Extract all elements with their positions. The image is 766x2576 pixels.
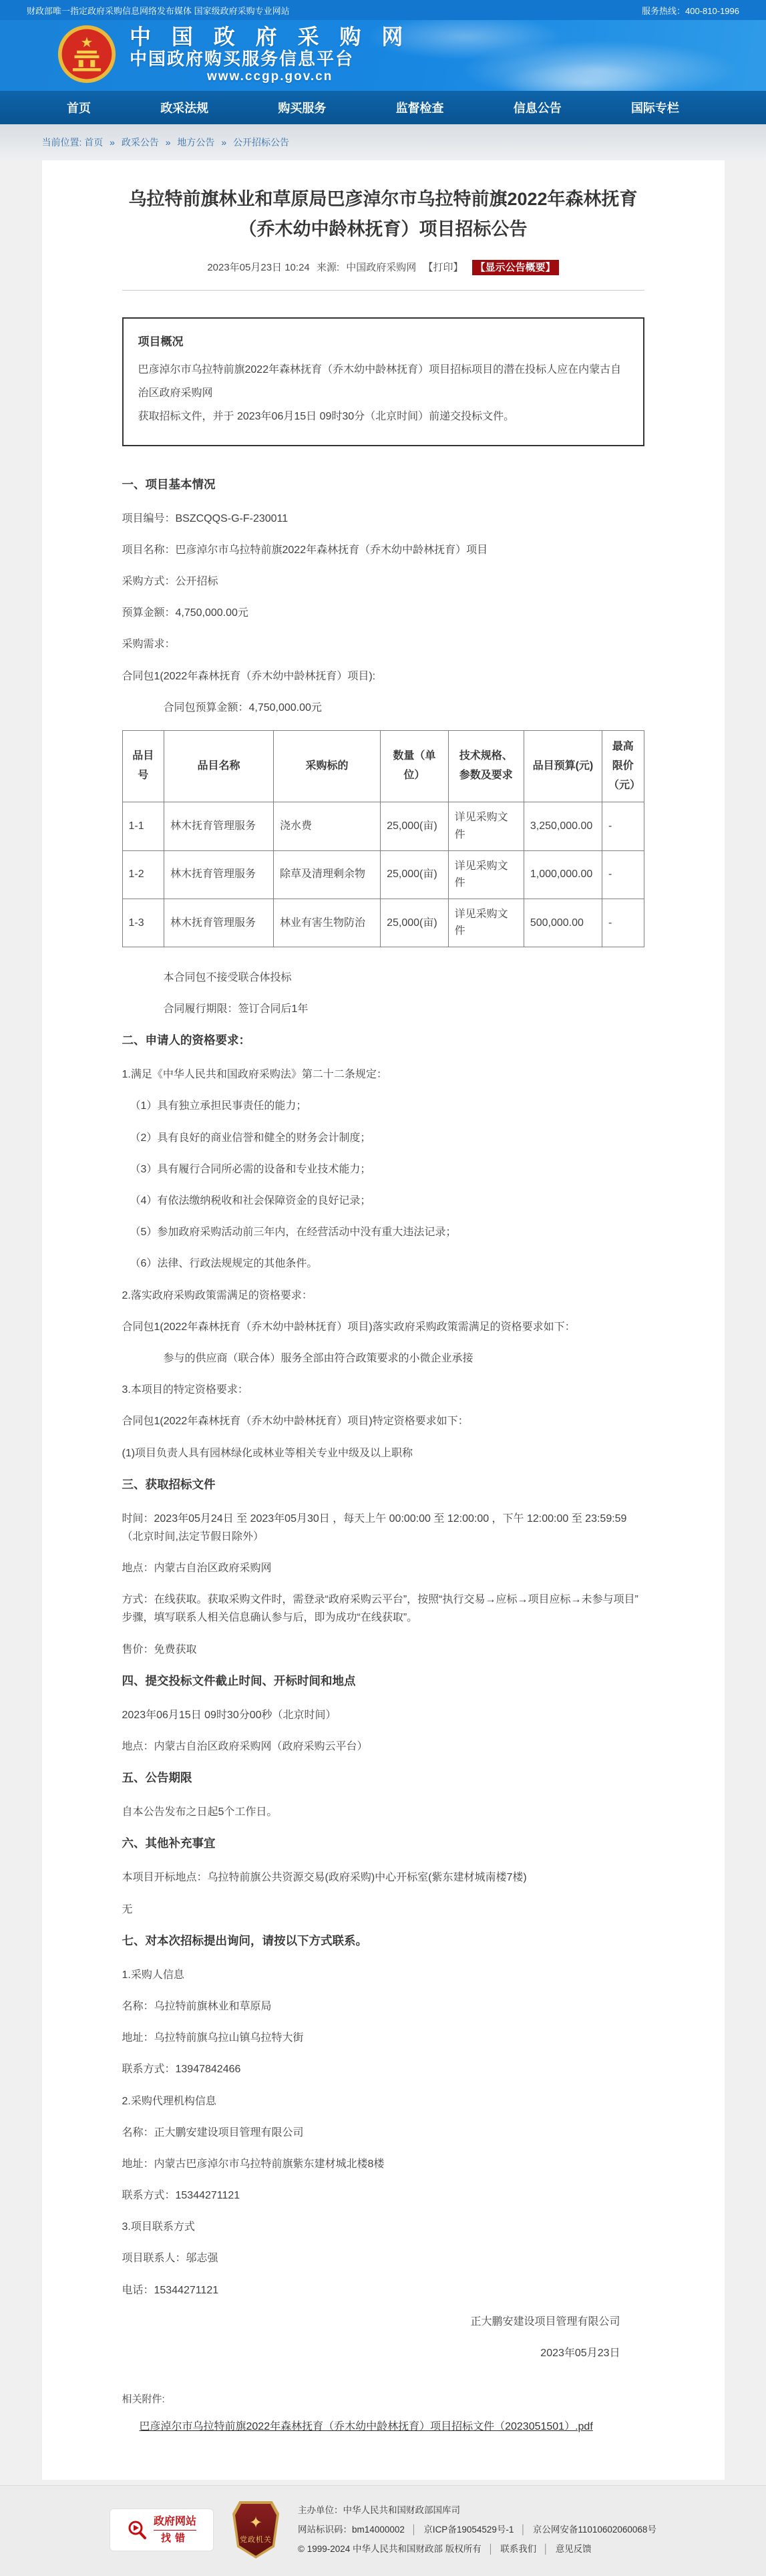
table-cell: 除草及清理剩余物 xyxy=(273,850,380,899)
section-heading: 六、其他补充事宜 xyxy=(122,1834,644,1851)
paragraph: （5）参加政府采购活动前三年内，在经营活动中没有重大违法记录； xyxy=(122,1223,644,1241)
paragraph: 地点：内蒙古自治区政府采购网 xyxy=(122,1559,644,1577)
table-row: 1-1林木抚育管理服务浇水费25,000(亩)详见采购文件3,250,000.0… xyxy=(122,802,644,850)
paragraph: 正大鹏安建设项目管理有限公司 xyxy=(122,2313,644,2331)
section-heading: 五、公告期限 xyxy=(122,1769,644,1786)
nav-item[interactable]: 首页 xyxy=(67,99,91,116)
breadcrumb-separator: » xyxy=(218,137,226,148)
footer-link[interactable]: 联系我们 xyxy=(500,2544,536,2554)
paragraph: 1.采购人信息 xyxy=(122,1966,644,1984)
announcement-card: 乌拉特前旗林业和草原局巴彦淖尔市乌拉特前旗2022年森林抚育（乔木幼中龄林抚育）… xyxy=(42,160,725,2480)
paragraph: 名称：正大鹏安建设项目管理有限公司 xyxy=(122,2124,644,2142)
section-heading: 七、对本次招标提出询问，请按以下方式联系。 xyxy=(122,1932,644,1949)
footer-line: © 1999-2024 中华人民共和国财政部 版权所有│联系我们│意见反馈 xyxy=(298,2539,656,2559)
table-cell: 林木抚育管理服务 xyxy=(164,850,273,899)
section-heading: 三、获取招标文件 xyxy=(122,1476,644,1492)
table-header-cell: 技术规格、参数及要求 xyxy=(448,730,524,802)
paragraph: （4）有依法缴纳税收和社会保障资金的良好记录； xyxy=(122,1192,644,1210)
nav-item[interactable]: 国际专栏 xyxy=(631,99,679,116)
footer-divider: │ xyxy=(488,2544,494,2554)
table-header-cell: 最高限价（元） xyxy=(602,730,644,802)
breadcrumb-items: 首页 » 政采公告 » 地方公告 » 公开招标公告 xyxy=(84,137,289,148)
paragraph: (1)项目负责人具有园林绿化或林业等相关专业中级及以上职称 xyxy=(122,1444,644,1462)
table-header-cell: 采购标的 xyxy=(273,730,380,802)
project-overview-box: 项目概况 巴彦淖尔市乌拉特前旗2022年森林抚育（乔木幼中龄林抚育）项目招标项目… xyxy=(122,317,644,446)
paragraph: 地址：乌拉特前旗乌拉山镇乌拉特大街 xyxy=(122,2029,644,2047)
footer-text: 网站标识码：bm14000002 xyxy=(298,2525,405,2535)
paragraph: 3.本项目的特定资格要求： xyxy=(122,1381,644,1399)
table-cell: 25,000(亩) xyxy=(381,899,449,947)
attachments-label: 相关附件: xyxy=(122,2392,644,2406)
table-cell: 详见采购文件 xyxy=(448,802,524,850)
paragraph: 合同包1(2022年森林抚育（乔木幼中龄林抚育）项目)特定资格要求如下： xyxy=(122,1412,644,1430)
publish-datetime: 2023年05月23日 10:24 xyxy=(207,262,309,273)
nav-item[interactable]: 购买服务 xyxy=(278,99,326,116)
table-cell: 3,250,000.00 xyxy=(524,802,602,850)
table-cell: 详见采购文件 xyxy=(448,899,524,947)
paragraph: 方式：在线获取。获取采购文件时，需登录“政府采购云平台”，按照“执行交易→应标→… xyxy=(122,1591,644,1627)
table-cell: 1-1 xyxy=(122,802,164,850)
breadcrumb: 当前位置: 首页 » 政采公告 » 地方公告 » 公开招标公告 xyxy=(42,136,725,149)
footer-text: 主办单位：中华人民共和国财政部国库司 xyxy=(298,2505,460,2515)
paragraph: 本项目开标地点：乌拉特前旗公共资源交易(政府采购)中心开标室(紫东建材城南楼7楼… xyxy=(122,1869,644,1887)
site-subtitle: 中国政府购买服务信息平台 xyxy=(130,49,410,69)
footer-text: 京公网安备11010602060068号 xyxy=(533,2525,656,2535)
table-cell: 详见采购文件 xyxy=(448,850,524,899)
footer-line: 主办单位：中华人民共和国财政部国库司 xyxy=(298,2501,656,2520)
paragraph: 2.采购代理机构信息 xyxy=(122,2092,644,2110)
breadcrumb-separator: » xyxy=(107,137,115,148)
source-label: 来源: xyxy=(317,262,339,273)
paragraph: 2023年06月15日 09时30分00秒（北京时间） xyxy=(122,1706,644,1724)
top-utility-bar: 财政部唯一指定政府采购信息网络发布媒体 国家级政府采购专业网站 服务热线：400… xyxy=(0,0,766,20)
paragraph: （6）法律、行政法规规定的其他条件。 xyxy=(122,1255,644,1273)
footer-divider: │ xyxy=(520,2525,526,2535)
table-cell: 25,000(亩) xyxy=(381,850,449,899)
service-hotline: 服务热线：400-810-1996 xyxy=(642,4,739,17)
table-cell: 林木抚育管理服务 xyxy=(164,802,273,850)
section-heading: 四、提交投标文件截止时间、开标时间和地点 xyxy=(122,1672,644,1689)
table-header-cell: 品目预算(元) xyxy=(524,730,602,802)
overview-line: 获取招标文件，并于 2023年06月15日 09时30分（北京时间）前递交投标文… xyxy=(138,405,628,428)
attachments-section: 相关附件: 巴彦淖尔市乌拉特前旗2022年森林抚育（乔木幼中龄林抚育）项目招标文… xyxy=(122,2392,644,2433)
paragraph: 地点：内蒙古自治区政府采购网（政府采购云平台） xyxy=(122,1738,644,1756)
paragraph: 3.项目联系方式 xyxy=(122,2218,644,2236)
breadcrumb-item[interactable]: 政采公告 xyxy=(119,137,159,148)
paragraph: 参与的供应商（联合体）服务全部由符合政策要求的小微企业承接 xyxy=(122,1349,644,1367)
table-cell: - xyxy=(602,802,644,850)
breadcrumb-separator: » xyxy=(163,137,171,148)
site-banner: ★ 中 国 政 府 采 购 网 中国政府购买服务信息平台 www.ccgp.go… xyxy=(0,20,766,91)
national-emblem-logo: ★ xyxy=(57,25,116,87)
paragraph: 项目名称：巴彦淖尔市乌拉特前旗2022年森林抚育（乔木幼中龄林抚育）项目 xyxy=(122,541,644,559)
footer-divider: │ xyxy=(411,2525,417,2535)
article-body: 一、项目基本情况项目编号：BSZCQQS-G-F-230011项目名称：巴彦淖尔… xyxy=(122,476,644,2363)
paragraph: 售价：免费获取 xyxy=(122,1641,644,1659)
breadcrumb-bar: 当前位置: 首页 » 政采公告 » 地方公告 » 公开招标公告 xyxy=(0,124,766,160)
paragraph: （1）具有独立承担民事责任的能力； xyxy=(122,1097,644,1115)
table-header-cell: 品目名称 xyxy=(164,730,273,802)
article-meta: 2023年05月23日 10:24 来源: 中国政府采购网 【打印】 【显示公告… xyxy=(122,260,644,274)
party-gov-badge[interactable]: ✦ 党政机关 xyxy=(232,2501,279,2559)
table-header-cell: 数量（单位） xyxy=(381,730,449,802)
error-report-badge-text: 政府网站 找错 xyxy=(154,2515,196,2545)
paragraph: 联系方式：13947842466 xyxy=(122,2060,644,2078)
paragraph: 电话：15344271121 xyxy=(122,2281,644,2299)
paragraph: 无 xyxy=(122,1901,644,1919)
nav-item[interactable]: 信息公告 xyxy=(514,99,562,116)
paragraph: 项目编号：BSZCQQS-G-F-230011 xyxy=(122,510,644,528)
main-nav: 首页政采法规购买服务监督检查信息公告国际专栏 xyxy=(0,91,766,124)
table-cell: 林木抚育管理服务 xyxy=(164,899,273,947)
paragraph: 合同履行期限：签订合同后1年 xyxy=(122,1000,644,1018)
star-icon: ✦ xyxy=(249,2515,262,2531)
table-cell: 25,000(亩) xyxy=(381,802,449,850)
nav-item[interactable]: 政采法规 xyxy=(160,99,208,116)
table-cell: 林业有害生物防治 xyxy=(273,899,380,947)
section-heading: 二、申请人的资格要求： xyxy=(122,1031,644,1048)
table-header-row: 品目号品目名称采购标的数量（单位）技术规格、参数及要求品目预算(元)最高限价（元… xyxy=(122,730,644,802)
site-url: www.ccgp.gov.cn xyxy=(130,69,410,85)
svg-text:★: ★ xyxy=(81,35,93,50)
table-row: 1-2林木抚育管理服务除草及清理剩余物25,000(亩)详见采购文件1,000,… xyxy=(122,850,644,899)
paragraph: 本合同包不接受联合体投标 xyxy=(122,969,644,987)
procurement-table: 品目号品目名称采购标的数量（单位）技术规格、参数及要求品目预算(元)最高限价（元… xyxy=(122,730,644,947)
breadcrumb-item[interactable]: 首页 xyxy=(84,137,103,148)
paragraph: 采购需求： xyxy=(122,635,644,653)
paragraph: 合同包1(2022年森林抚育（乔木幼中龄林抚育）项目)落实政府采购政策需满足的资… xyxy=(122,1318,644,1336)
table-cell: 1-2 xyxy=(122,850,164,899)
table-header-cell: 品目号 xyxy=(122,730,164,802)
breadcrumb-item: 公开招标公告 xyxy=(230,137,289,148)
breadcrumb-prefix: 当前位置: xyxy=(42,137,82,148)
party-gov-badge-inner: ✦ 党政机关 xyxy=(235,2504,276,2556)
site-slogan: 财政部唯一指定政府采购信息网络发布媒体 国家级政府采购专业网站 xyxy=(27,4,290,17)
nav-item[interactable]: 监督检查 xyxy=(396,99,444,116)
paragraph: 自本公告发布之日起5个工作日。 xyxy=(122,1803,644,1821)
attachment-link[interactable]: 巴彦淖尔市乌拉特前旗2022年森林抚育（乔木幼中龄林抚育）项目招标文件（2023… xyxy=(140,2418,593,2433)
paragraph: （2）具有良好的商业信誉和健全的财务会计制度； xyxy=(122,1129,644,1147)
footer-text: 京ICP备19054529号-1 xyxy=(423,2525,514,2535)
paragraph: 时间：2023年05月24日 至 2023年05月30日 ，每天上午 00:00… xyxy=(122,1510,644,1546)
paragraph: 2023年05月23日 xyxy=(122,2344,644,2362)
paragraph: 联系方式：15344271121 xyxy=(122,2187,644,2205)
error-report-badge[interactable]: 政府网站 找错 xyxy=(110,2509,214,2551)
footer-divider: │ xyxy=(543,2544,548,2554)
footer-text: © 1999-2024 中华人民共和国财政部 版权所有 xyxy=(298,2544,482,2554)
table-cell: - xyxy=(602,850,644,899)
page-footer: 政府网站 找错 ✦ 党政机关 主办单位：中华人民共和国财政部国库司网站标识码：b… xyxy=(0,2485,766,2576)
table-cell: 500,000.00 xyxy=(524,899,602,947)
paragraph: 采购方式：公开招标 xyxy=(122,573,644,591)
content-divider xyxy=(122,290,644,291)
source-name: 中国政府采购网 xyxy=(346,262,416,273)
paragraph: （3）具有履行合同所必需的设备和专业技术能力； xyxy=(122,1160,644,1178)
breadcrumb-item[interactable]: 地方公告 xyxy=(175,137,215,148)
table-cell: 浇水费 xyxy=(273,802,380,850)
paragraph: 地址：内蒙古巴彦淖尔市乌拉特前旗紫东建材城北楼8楼 xyxy=(122,2155,644,2173)
magnifier-icon xyxy=(127,2520,147,2540)
table-row: 1-3林木抚育管理服务林业有害生物防治25,000(亩)详见采购文件500,00… xyxy=(122,899,644,947)
footer-link[interactable]: 意见反馈 xyxy=(556,2544,592,2554)
page-title: 乌拉特前旗林业和草原局巴彦淖尔市乌拉特前旗2022年森林抚育（乔木幼中龄林抚育）… xyxy=(122,184,644,244)
footer-text-block: 主办单位：中华人民共和国财政部国库司网站标识码：bm14000002│京ICP备… xyxy=(298,2501,656,2559)
print-button[interactable]: 【打印】 xyxy=(423,262,463,273)
paragraph: 合同包1(2022年森林抚育（乔木幼中龄林抚育）项目): xyxy=(122,667,644,685)
table-cell: - xyxy=(602,899,644,947)
table-cell: 1,000,000.00 xyxy=(524,850,602,899)
overview-line: 巴彦淖尔市乌拉特前旗2022年森林抚育（乔木幼中龄林抚育）项目招标项目的潜在投标… xyxy=(138,358,628,405)
footer-line: 网站标识码：bm14000002│京ICP备19054529号-1│京公网安备1… xyxy=(298,2520,656,2539)
paragraph: 名称：乌拉特前旗林业和草原局 xyxy=(122,1997,644,2016)
section-heading: 一、项目基本情况 xyxy=(122,476,644,492)
overview-heading: 项目概况 xyxy=(138,332,628,349)
paragraph: 1.满足《中华人民共和国政府采购法》第二十二条规定： xyxy=(122,1066,644,1084)
table-cell: 1-3 xyxy=(122,899,164,947)
paragraph: 合同包预算金额：4,750,000.00元 xyxy=(122,699,644,717)
paragraph: 项目联系人：邬志强 xyxy=(122,2249,644,2267)
show-summary-badge[interactable]: 【显示公告概要】 xyxy=(472,260,559,275)
paragraph: 2.落实政府采购政策需满足的资格要求： xyxy=(122,1287,644,1305)
paragraph: 预算金额：4,750,000.00元 xyxy=(122,604,644,622)
